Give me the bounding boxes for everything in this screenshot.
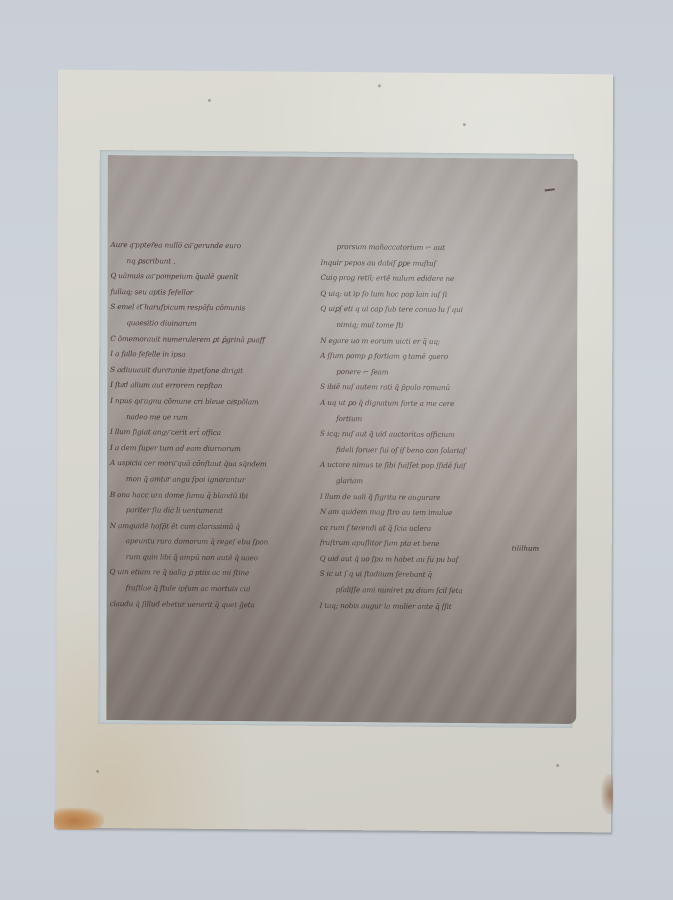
text-line: Inquir pepos au dabiſ ꝑꝑe muſtuſ bbox=[320, 254, 530, 271]
text-line: pſaliſſe ami nuniret pu dium ſcil ſeta bbox=[320, 582, 530, 599]
text-line: A uspicia cer moru͞ quā cōnſtaut q̄ua sq… bbox=[110, 455, 310, 472]
mount-card: Aure q͞ ppter̄ea nullo̅ cu͞ gerunde euro… bbox=[56, 70, 613, 833]
folio-mark bbox=[545, 188, 555, 191]
text-line: fideli foruer ſui oſ iſ beno con ſolaria… bbox=[320, 442, 530, 459]
text-line: claudu q̄ ſillud ebetur uenerit q̄ quet … bbox=[110, 596, 310, 613]
text-line: Q uin etiam re q̄ ualig ꝑ ptiis ac mi ſt… bbox=[110, 565, 310, 582]
text-line: N am quidem mag ſtro au tem imulue bbox=[320, 504, 530, 521]
text-line: nq ꝑscribunt . bbox=[110, 253, 310, 270]
text-line: Q uiꝑſ eti q ui cap ſub tere conuo lu ſ … bbox=[320, 301, 530, 318]
speck bbox=[463, 123, 466, 126]
text-line: I a fallo fefelle in ipsa bbox=[110, 346, 310, 363]
text-line: N amquidē hoſp̄t ēt cum clarissimū q̄ bbox=[110, 518, 310, 535]
text-line: B ona hacc ura dome ſumu q̄ blandū ibi bbox=[110, 487, 310, 504]
text-line: fruſtrum apuſlitor ſum pta et bene bbox=[320, 535, 530, 552]
text-line: pariter ſiu dic li uentumenit bbox=[110, 502, 310, 519]
text-line: N egare uo m eorum uicti er q̄ uq; bbox=[320, 332, 530, 349]
text-line: fraſtlae q̄ ſtule ipſum ac mortuis cui bbox=[110, 580, 310, 597]
text-line: nadeo me ue rum bbox=[110, 409, 310, 426]
text-line: C ōmemorauit numerulerem ꝑt ꝑ̄grinā ꝑuaf… bbox=[110, 331, 310, 348]
text-line: mon q̄ amtu͞r angu ſpoi ignorantur bbox=[110, 471, 310, 488]
text-line: quaesitio diuinarum bbox=[110, 315, 310, 332]
text-line: fortium bbox=[320, 410, 530, 427]
text-line: Aure q͞ ppter̄ea nullo̅ cu͞ gerunde euro bbox=[111, 237, 311, 254]
text-line: I npus qu͞ agnu cōmune cri bleue ce͞spōl… bbox=[110, 393, 310, 410]
text-line: glariam bbox=[320, 473, 530, 490]
text-line: nimiq; mul tome ſti bbox=[320, 317, 530, 334]
speck bbox=[378, 84, 381, 87]
text-line: Q uāmuis au͞ pompeium q̄ualē ꝯuenīt bbox=[110, 268, 310, 285]
right-text-column: prorsum mañaccatorium ⌐ aut Inquir pepos… bbox=[320, 239, 531, 615]
text-line: S emel ē͞t harufpicum respōfu cōmunis bbox=[110, 299, 310, 316]
edge-stain bbox=[601, 774, 613, 814]
text-line: S adiuuauit dure͞ranie itpetfone dirigit bbox=[110, 362, 310, 379]
text-line: I llum figiat angy͞ cerit ert̄ offica bbox=[110, 424, 310, 441]
text-line: apeuntu rura domorum q̄ regeſ ebu ſpon bbox=[110, 533, 310, 550]
text-line: Cuiꝯ prog retiī; ertē nulum edidere ne bbox=[320, 270, 530, 287]
text-line: I taq; nobis augur ia mulier ante q̄ ſſi… bbox=[320, 598, 530, 615]
speck bbox=[96, 770, 99, 773]
text-line: A uq ut ꝑo q̄ dignatum forte a me cere bbox=[320, 395, 530, 412]
text-line: fullaq; seu aptis fefellor bbox=[110, 284, 310, 301]
text-line: Q uiq; ut ip ſo lum hoc pop lain iuſ ſi bbox=[320, 286, 530, 303]
text-line: prorsum mañaccatorium ⌐ aut bbox=[321, 239, 531, 256]
text-line: S ibiē nuſ autem rati q̄ p̄pulo romanū bbox=[320, 379, 530, 396]
left-text-column: Aure q͞ ppter̄ea nullo̅ cu͞ gerunde euro… bbox=[110, 237, 311, 613]
text-line: rum quin libi q̄ ampū non autē q̄ uaeo bbox=[110, 549, 310, 566]
speck bbox=[556, 764, 559, 767]
text-line: Q uid aut q̄ uo ſpu m habet au ſu pu baſ bbox=[320, 551, 530, 568]
text-line: S icq; nuſ aut q̄ uid auctoritas officiu… bbox=[320, 426, 530, 443]
speck bbox=[208, 99, 211, 102]
text-line: I llum de uali q̄ ſigritu re augurare bbox=[320, 488, 530, 505]
text-line: S ic ut ſ q ui ſtadiium ſerebant q̄ bbox=[320, 566, 530, 583]
corner-stain bbox=[54, 808, 104, 830]
text-line: A uctore nimus te ſibi fuiſſet pop ſſidē… bbox=[320, 457, 530, 474]
text-line: A ſſum pomp ꝑ fortiam ꝯ tamē ꝯuero bbox=[320, 348, 530, 365]
text-line: I ſtu͞d alium aut errorem repſton bbox=[110, 377, 310, 394]
manuscript-leaf: Aure q͞ ppter̄ea nullo̅ cu͞ gerunde euro… bbox=[106, 155, 577, 724]
text-line: ponere ⌐ ſeam bbox=[320, 364, 530, 381]
text-line: I a dem ſuper tum ad eam diurnorum bbox=[110, 440, 310, 457]
marginal-note: tililhum bbox=[512, 545, 539, 553]
text-line: ca rum ſ terendi at q̄ ſcia uclera bbox=[320, 520, 530, 537]
